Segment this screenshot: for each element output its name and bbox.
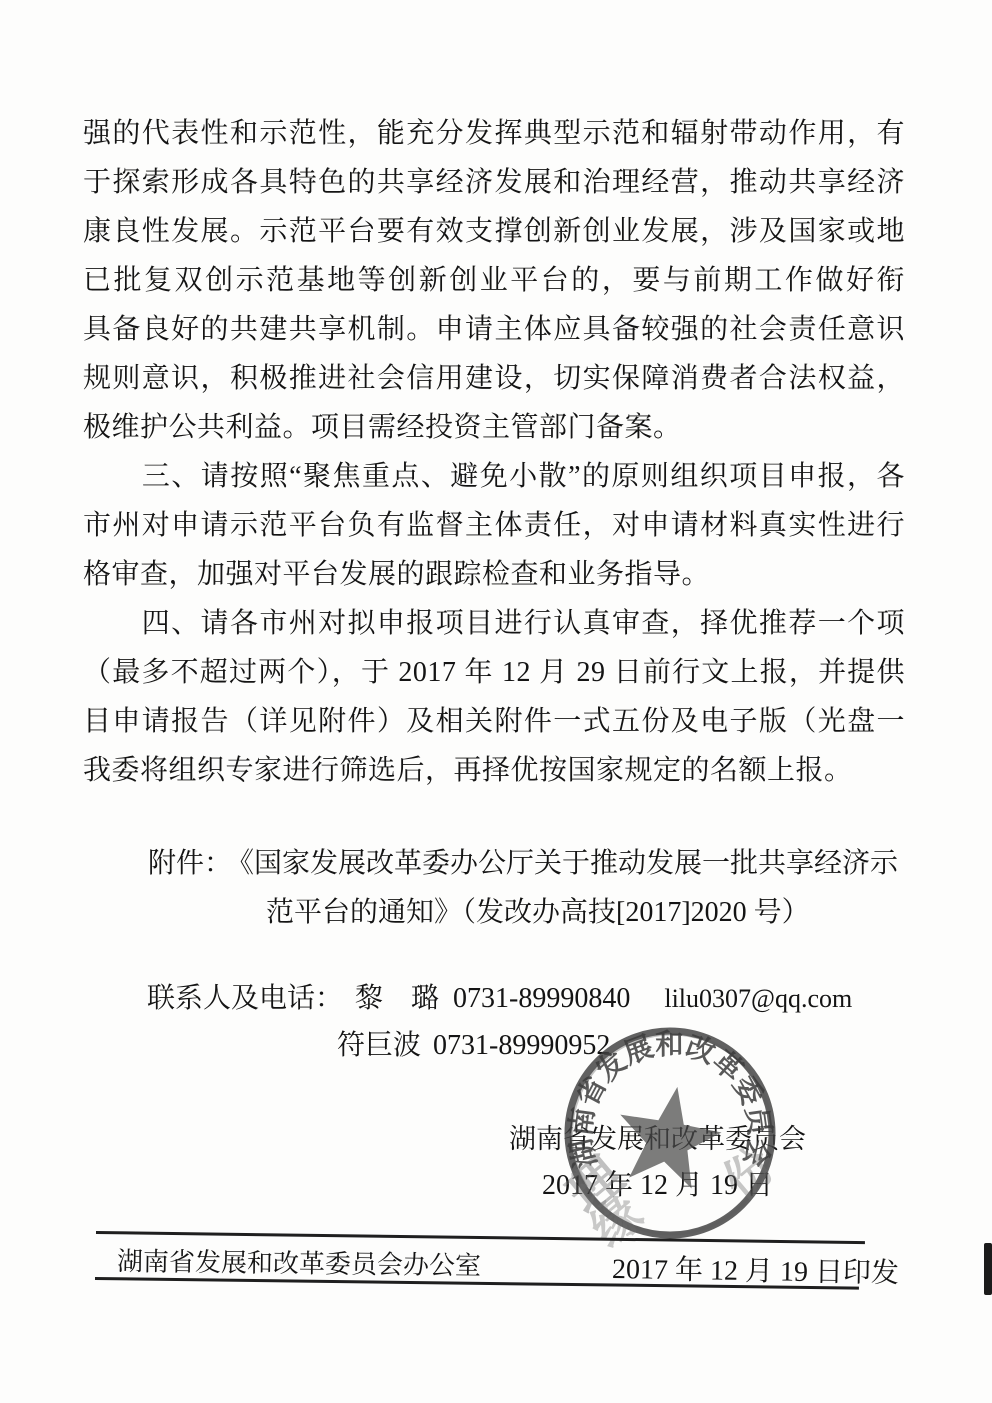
body-line: 强的代表性和示范性，能充分发挥典型示范和辐射带动作用，有助	[83, 109, 905, 158]
contact-person1-phone: 0731-89990840	[453, 983, 630, 1014]
body-line: 我委将组织专家进行筛选后，再择优按国家规定的名额上报。	[83, 746, 905, 795]
body-line: 规则意识，积极推进社会信用建设，切实保障消费者合法权益，积	[83, 354, 905, 403]
contact-person1-email: lilu0307@qq.com	[664, 984, 852, 1013]
contact-line-1: 联系人及电话：黎 璐0731-89990840lilu0307@qq.com	[147, 975, 947, 1022]
body-line: 极维护公共利益。项目需经投资主管部门备案。	[83, 403, 905, 452]
attachment-title-part1: 《国家发展改革委办公厅关于推动发展一批共享经济示	[240, 848, 898, 879]
document-page: 强的代表性和示范性，能充分发挥典型示范和辐射带动作用，有助 于探索形成各具特色的…	[0, 0, 992, 1403]
scan-artifact	[984, 1243, 992, 1295]
body-line: 具备良好的共建共享机制。申请主体应具备较强的社会责任意识和	[83, 305, 905, 354]
attachment-title-part2: 范平台的通知》（发改办高技[2017]2020 号）	[148, 888, 928, 937]
contact-label: 联系人及电话：	[147, 983, 343, 1014]
body-line: 格审查，加强对平台发展的跟踪检查和业务指导。	[83, 550, 905, 599]
attachment-block: 附件：《国家发展改革委办公厅关于推动发展一批共享经济示 范平台的通知》（发改办高…	[148, 839, 928, 937]
body-line: 市州对申请示范平台负有监督主体责任，对申请材料真实性进行严	[83, 501, 905, 550]
body-paragraphs: 强的代表性和示范性，能充分发挥典型示范和辐射带动作用，有助 于探索形成各具特色的…	[83, 109, 905, 795]
seal-star-icon	[610, 1078, 728, 1192]
attachment-line-1: 附件：《国家发展改革委办公厅关于推动发展一批共享经济示	[148, 839, 928, 888]
body-line: 康良性发展。示范平台要有效支撑创新创业发展，涉及国家或地方	[83, 207, 905, 256]
footer-issuing-office: 湖南省发展和改革委员会办公室	[117, 1241, 481, 1282]
body-line: 于探索形成各具特色的共享经济发展和治理经营，推动共享经济健	[83, 158, 905, 207]
attachment-label: 附件：	[148, 848, 232, 879]
contact-line-2: 符巨波0731-89990952	[147, 1022, 947, 1069]
body-line: 四、请各市州对拟申报项目进行认真审查，择优推荐一个项目	[83, 599, 905, 648]
contact-person2-name: 符巨波	[337, 1030, 421, 1061]
body-line: 目申请报告（详见附件）及相关附件一式五份及电子版（光盘一张）。	[83, 697, 905, 746]
body-line: （最多不超过两个），于 2017 年 12 月 29 日前行文上报，并提供项	[83, 648, 905, 697]
contact-person1-name: 黎 璐	[355, 983, 439, 1014]
body-line: 三、请按照“聚焦重点、避免小散”的原则组织项目申报，各	[83, 452, 905, 501]
contact-block: 联系人及电话：黎 璐0731-89990840lilu0307@qq.com 符…	[147, 975, 947, 1069]
body-line: 已批复双创示范基地等创新创业平台的，要与前期工作做好衔接，	[83, 256, 905, 305]
